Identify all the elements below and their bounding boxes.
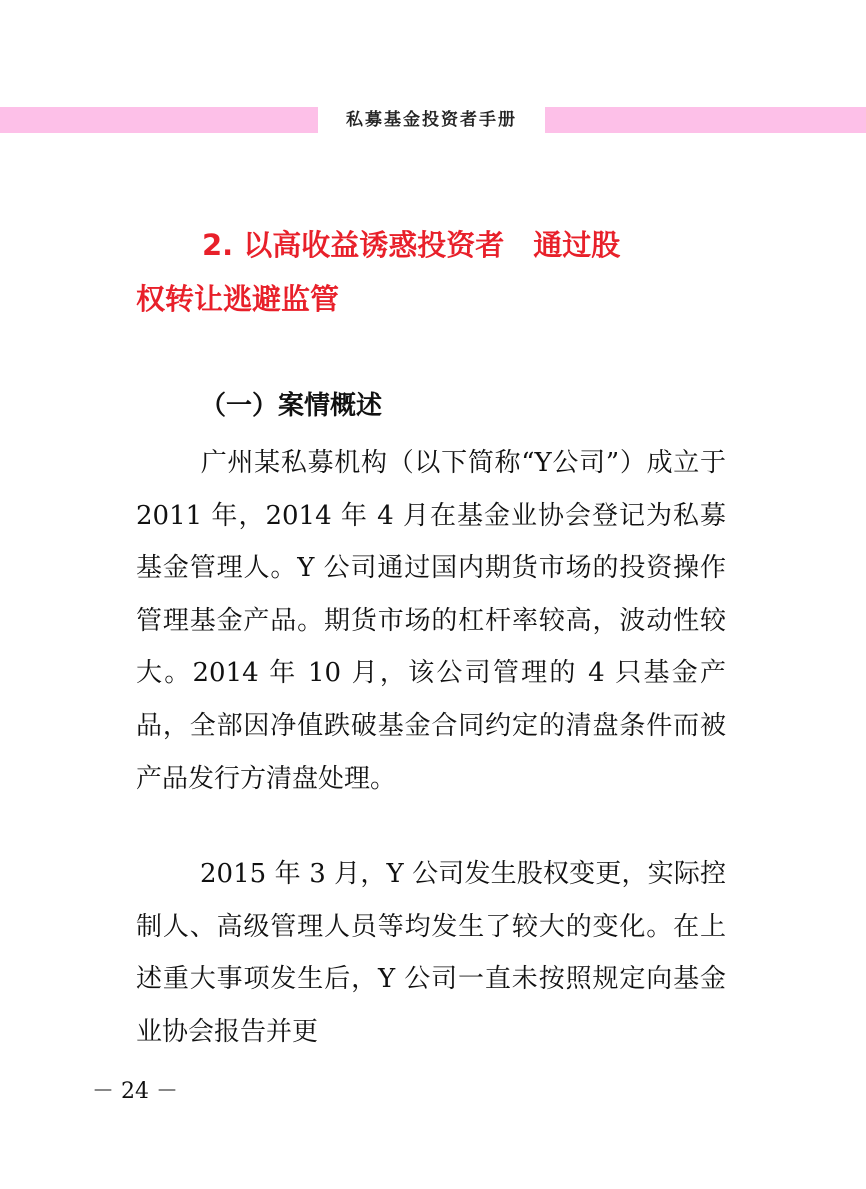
- paragraph-1-text: 广州某私募机构（以下简称“Y公司”）成立于 2011 年，2014 年 4 月在…: [136, 448, 726, 794]
- section-title-line-1: 2. 以高收益诱惑投资者 通过股: [136, 218, 736, 272]
- section-title-text-1: 2. 以高收益诱惑投资者 通过股: [202, 228, 620, 262]
- subsection-heading: （一）案情概述: [200, 385, 382, 422]
- paragraph-1: 广州某私募机构（以下简称“Y公司”）成立于 2011 年，2014 年 4 月在…: [136, 437, 726, 805]
- section-title: 2. 以高收益诱惑投资者 通过股 权转让逃避监管: [136, 218, 736, 326]
- paragraph-2-text: 2015 年 3 月，Y 公司发生股权变更，实际控制人、高级管理人员等均发生了较…: [136, 859, 726, 1047]
- running-header: 私募基金投资者手册: [0, 107, 866, 133]
- page-number: － 24 －: [92, 1074, 178, 1105]
- paragraph-2: 2015 年 3 月，Y 公司发生股权变更，实际控制人、高级管理人员等均发生了较…: [136, 848, 726, 1058]
- section-title-line-2: 权转让逃避监管: [136, 272, 736, 326]
- book-title: 私募基金投资者手册: [318, 107, 545, 133]
- header-band-left: [0, 107, 318, 133]
- header-band-right: [545, 107, 866, 133]
